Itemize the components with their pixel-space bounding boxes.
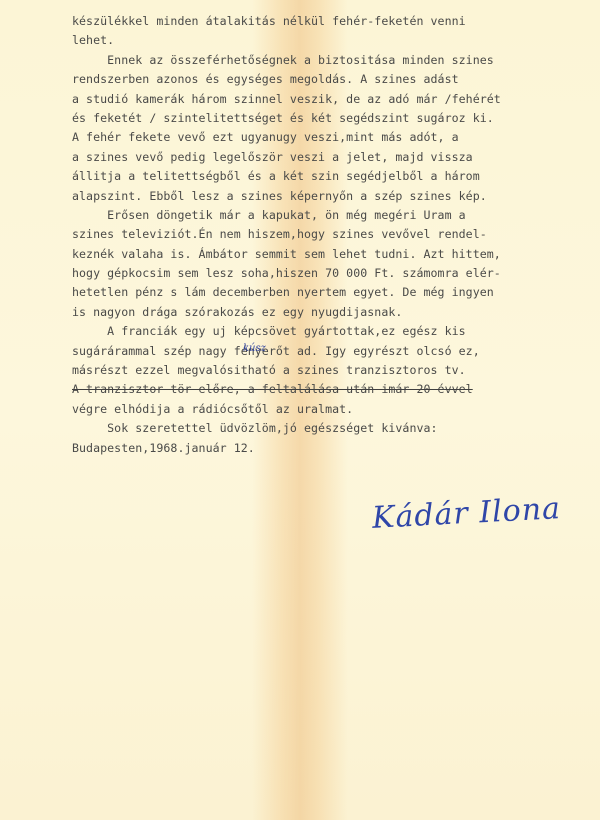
letter-line: is nagyon drága szórakozás ez egy nyugdi…: [72, 303, 572, 322]
typewritten-letter-body: készülékkel minden átalakitás nélkül feh…: [72, 12, 572, 458]
handwritten-correction: kúsz: [243, 343, 266, 354]
letter-line: a szines vevő pedig legelőször veszi a j…: [72, 148, 572, 167]
struck-through-line: A tranzisztor tör előre, a feltalálása u…: [72, 380, 572, 399]
letter-line: Ennek az összeférhetőségnek a biztositás…: [72, 51, 572, 70]
letter-line: alapszint. Ebből lesz a szines képernyőn…: [72, 187, 572, 206]
closing-line: Sok szeretettel üdvözlöm,jó egészséget k…: [72, 419, 572, 438]
letter-line: hetetlen pénz s lám decemberben nyertem …: [72, 283, 572, 302]
letter-line: lehet.: [72, 31, 572, 50]
letter-line: A fehér fekete vevő ezt ugyanugy veszi,m…: [72, 128, 572, 147]
letter-line: végre elhódija a rádiócsőtől az uralmat.: [72, 400, 572, 419]
letter-line: szines televiziót.Én nem hiszem,hogy szi…: [72, 225, 572, 244]
date-line: Budapesten,1968.január 12.: [72, 439, 572, 458]
letter-line: állitja a telitettségből és a két szin s…: [72, 167, 572, 186]
letter-line: készülékkel minden átalakitás nélkül feh…: [72, 12, 572, 31]
letter-line: A franciák egy uj képcsövet gyártottak,e…: [72, 322, 572, 341]
letter-line: és feketét / szintelitettséget és két se…: [72, 109, 572, 128]
letter-line: sugárárammal szép nagy fényerőt ad. Igy …: [72, 342, 572, 361]
letter-line: a studió kamerák három szinnel veszik, d…: [72, 90, 572, 109]
letter-line: keznék valaha is. Ámbátor semmit sem leh…: [72, 245, 572, 264]
letter-line: Erősen döngetik már a kapukat, ön még me…: [72, 206, 572, 225]
letter-line: rendszerben azonos és egységes megoldás.…: [72, 70, 572, 89]
letter-line: másrészt ezzel megvalósitható a szines t…: [72, 361, 572, 380]
letter-line: hogy gépkocsim sem lesz soha,hiszen 70 0…: [72, 264, 572, 283]
